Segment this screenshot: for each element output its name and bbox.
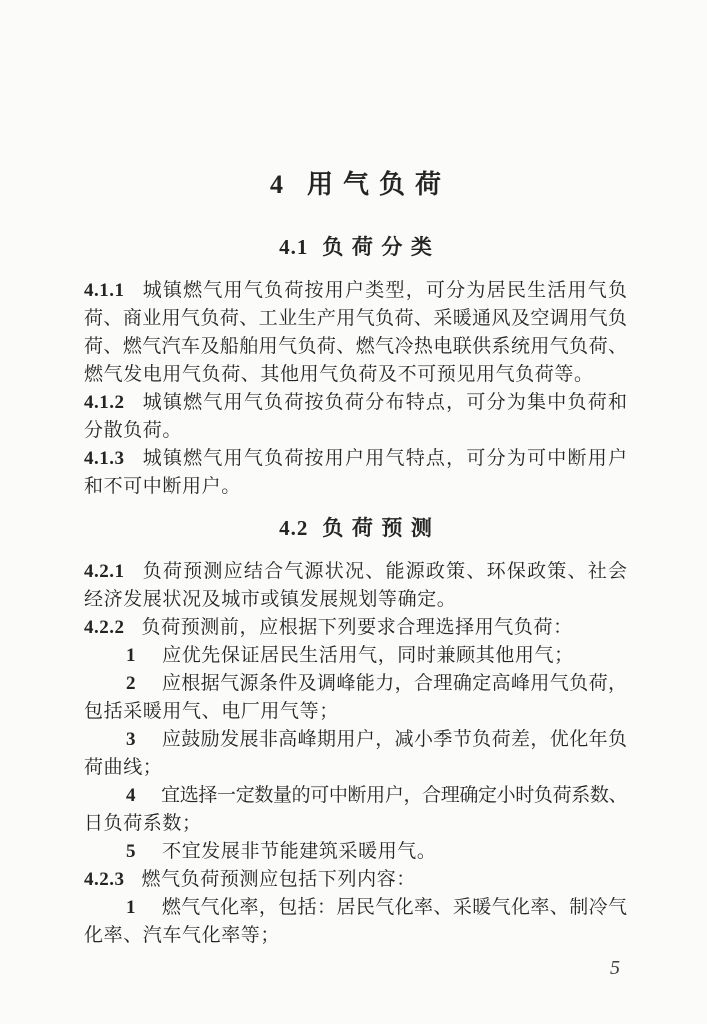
clause-line: 荷、燃气汽车及船舶用气负荷、燃气冷热电联供系统用气负荷、 <box>84 333 627 361</box>
list-item-line: 5不宜发展非节能建筑采暖用气。 <box>84 838 627 866</box>
list-item-line: 2应根据气源条件及调峰能力，合理确定高峰用气负荷， <box>84 670 627 698</box>
chapter-number: 4 <box>270 170 283 199</box>
list-item-line: 1燃气气化率，包括：居民气化率、采暖气化率、制冷气 <box>84 894 627 922</box>
clause-text: 燃气负荷预测应包括下列内容： <box>142 869 416 890</box>
list-item-2: 2应根据气源条件及调峰能力，合理确定高峰用气负荷， 包括采暖用气、电厂用气等； <box>84 670 627 726</box>
list-item-4: 4宜选择一定数量的可中断用户，合理确定小时负荷系数、 日负荷系数； <box>84 782 627 838</box>
clause-line: 4.2.1负荷预测应结合气源状况、能源政策、环保政策、社会 <box>84 558 627 586</box>
clause-4-1-3: 4.1.3城镇燃气用气负荷按用户用气特点，可分为可中断用户 和不可中断用户。 <box>84 445 627 501</box>
page-number: 5 <box>610 954 620 982</box>
clause-line: 4.1.2城镇燃气用气负荷按负荷分布特点，可分为集中负荷和 <box>84 389 627 417</box>
chapter-title-text: 用气负荷 <box>307 170 451 199</box>
section-title-text: 负荷预测 <box>322 517 440 540</box>
clause-number: 4.1.1 <box>84 280 125 301</box>
chapter-title: 4用气负荷 <box>84 167 627 203</box>
clause-line: 4.1.1城镇燃气用气负荷按用户类型，可分为居民生活用气负 <box>84 277 627 305</box>
list-item-line: 日负荷系数； <box>84 810 627 838</box>
clause-number: 4.2.3 <box>84 869 125 890</box>
clause-line: 分散负荷。 <box>84 417 627 445</box>
section-title-text: 负荷分类 <box>322 236 440 259</box>
list-item-number: 2 <box>126 673 136 694</box>
sub-list-item-1: 1燃气气化率，包括：居民气化率、采暖气化率、制冷气 化率、汽车气化率等； <box>84 894 627 950</box>
list-item-line: 1应优先保证居民生活用气，同时兼顾其他用气； <box>84 642 627 670</box>
list-item-1: 1应优先保证居民生活用气，同时兼顾其他用气； <box>84 642 627 670</box>
clause-line: 4.2.2负荷预测前，应根据下列要求合理选择用气负荷： <box>84 614 627 642</box>
clause-line: 荷、商业用气负荷、工业生产用气负荷、采暖通风及空调用气负 <box>84 305 627 333</box>
list-item-number: 1 <box>126 645 136 666</box>
clause-number: 4.2.1 <box>84 561 125 582</box>
list-item-text: 宜选择一定数量的可中断用户，合理确定小时负荷系数、 <box>161 785 627 806</box>
list-item-text: 应鼓励发展非高峰期用户，减小季节负荷差，优化年负 <box>162 729 628 750</box>
list-item-number: 4 <box>126 785 135 806</box>
page-content: 4用气负荷 4.1负荷分类 4.1.1城镇燃气用气负荷按用户类型，可分为居民生活… <box>84 0 627 950</box>
clause-4-2-3: 4.2.3燃气负荷预测应包括下列内容： <box>84 866 627 894</box>
list-item-line: 荷曲线； <box>84 754 627 782</box>
clause-line: 4.2.3燃气负荷预测应包括下列内容： <box>84 866 627 894</box>
list-item-number: 1 <box>126 897 136 918</box>
section-heading-4-1: 4.1负荷分类 <box>84 232 627 263</box>
list-item-line: 3应鼓励发展非高峰期用户，减小季节负荷差，优化年负 <box>84 726 627 754</box>
section-number: 4.1 <box>279 235 308 259</box>
list-item-5: 5不宜发展非节能建筑采暖用气。 <box>84 838 627 866</box>
list-item-text: 应优先保证居民生活用气，同时兼顾其他用气； <box>162 645 574 666</box>
clause-text: 负荷预测前，应根据下列要求合理选择用气负荷： <box>142 617 573 638</box>
clause-4-2-2: 4.2.2负荷预测前，应根据下列要求合理选择用气负荷： <box>84 614 627 642</box>
list-item-line: 包括采暖用气、电厂用气等； <box>84 698 627 726</box>
clause-line: 经济发展状况及城市或镇发展规划等确定。 <box>84 586 627 614</box>
clause-number: 4.2.2 <box>84 617 125 638</box>
list-item-text: 应根据气源条件及调峰能力，合理确定高峰用气负荷， <box>162 673 628 694</box>
list-item-line: 化率、汽车气化率等； <box>84 922 627 950</box>
clause-text: 城镇燃气用气负荷按用户类型，可分为居民生活用气负 <box>142 280 628 301</box>
clause-text: 负荷预测应结合气源状况、能源政策、环保政策、社会 <box>142 561 628 582</box>
clause-line: 燃气发电用气负荷、其他用气负荷及不可预见用气负荷等。 <box>84 361 627 389</box>
clause-line: 和不可中断用户。 <box>84 473 627 501</box>
clause-number: 4.1.2 <box>84 392 125 413</box>
list-item-line: 4宜选择一定数量的可中断用户，合理确定小时负荷系数、 <box>84 782 627 810</box>
clause-text: 城镇燃气用气负荷按用户用气特点，可分为可中断用户 <box>142 448 628 469</box>
list-item-number: 3 <box>126 729 136 750</box>
clause-4-1-1: 4.1.1城镇燃气用气负荷按用户类型，可分为居民生活用气负 荷、商业用气负荷、工… <box>84 277 627 389</box>
clause-4-1-2: 4.1.2城镇燃气用气负荷按负荷分布特点，可分为集中负荷和 分散负荷。 <box>84 389 627 445</box>
list-item-3: 3应鼓励发展非高峰期用户，减小季节负荷差，优化年负 荷曲线； <box>84 726 627 782</box>
document-page: 4用气负荷 4.1负荷分类 4.1.1城镇燃气用气负荷按用户类型，可分为居民生活… <box>0 0 707 1024</box>
section-heading-4-2: 4.2负荷预测 <box>84 513 627 544</box>
list-item-text: 燃气气化率，包括：居民气化率、采暖气化率、制冷气 <box>162 897 628 918</box>
clause-text: 城镇燃气用气负荷按负荷分布特点，可分为集中负荷和 <box>142 392 628 413</box>
clause-line: 4.1.3城镇燃气用气负荷按用户用气特点，可分为可中断用户 <box>84 445 627 473</box>
section-number: 4.2 <box>279 516 308 540</box>
list-item-text: 不宜发展非节能建筑采暖用气。 <box>162 841 436 862</box>
clause-number: 4.1.3 <box>84 448 125 469</box>
list-item-number: 5 <box>126 841 136 862</box>
clause-4-2-1: 4.2.1负荷预测应结合气源状况、能源政策、环保政策、社会 经济发展状况及城市或… <box>84 558 627 614</box>
